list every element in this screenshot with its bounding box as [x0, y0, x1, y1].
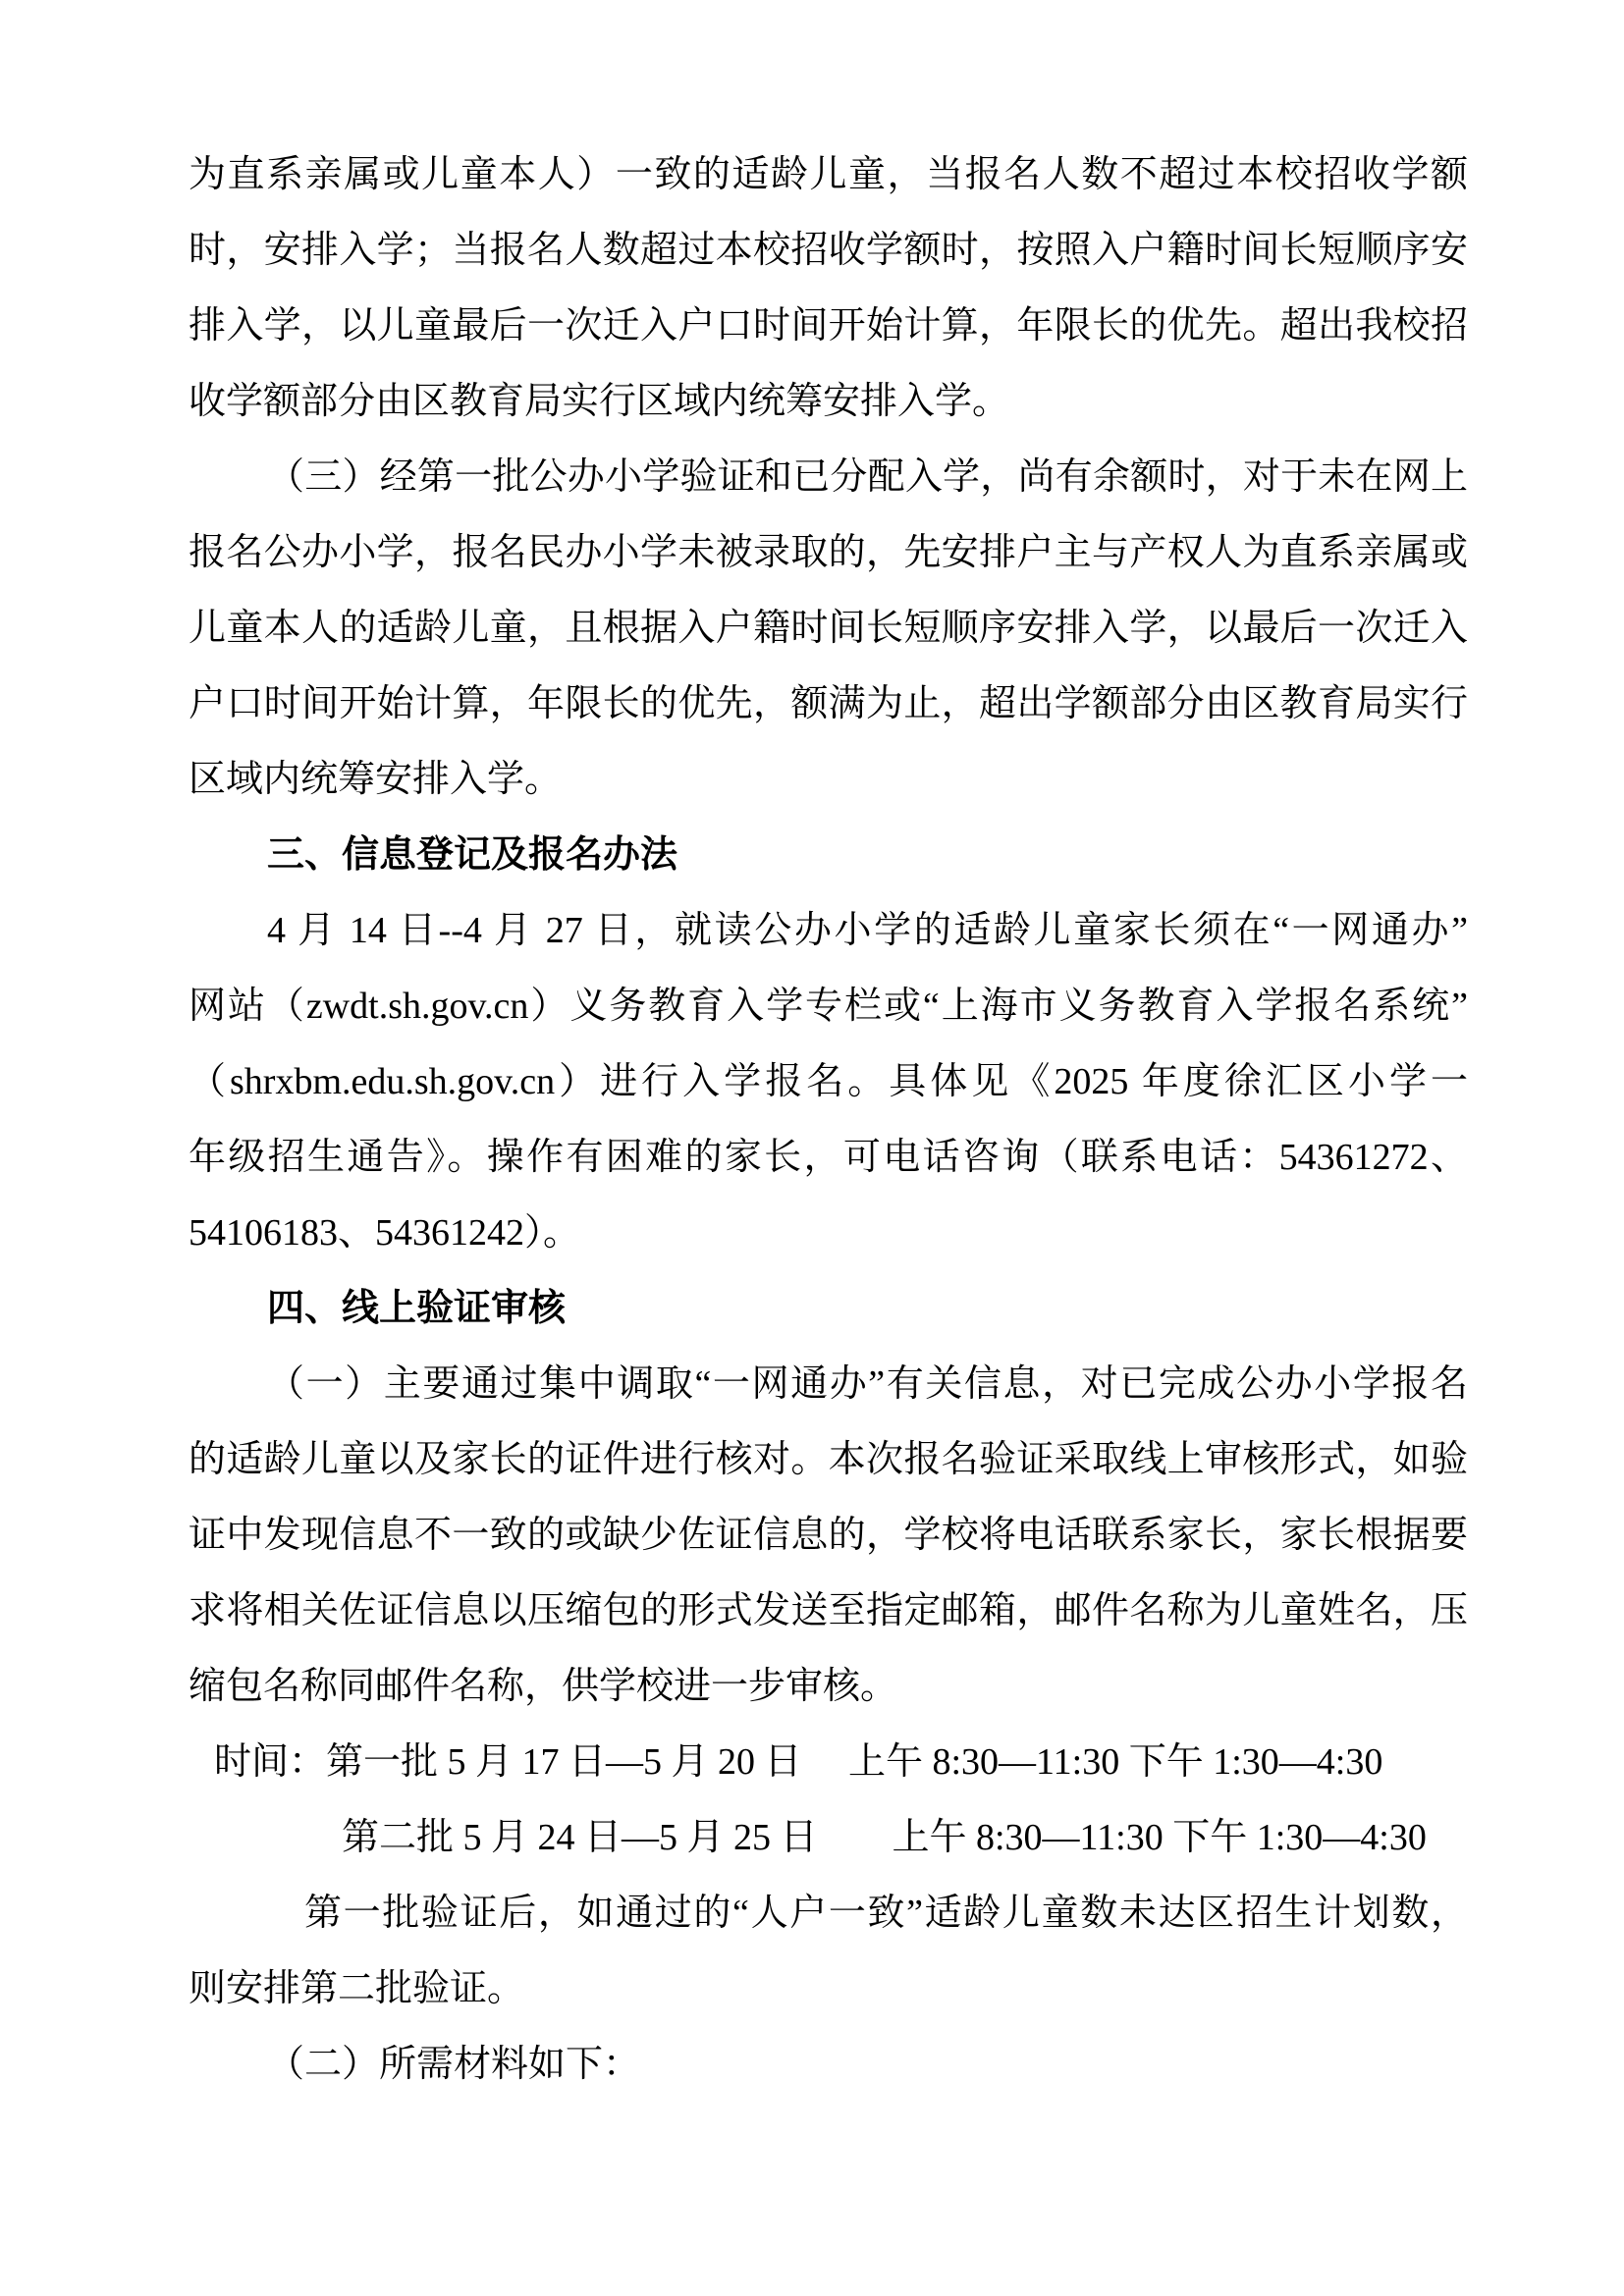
text-line: 三、信息登记及报名办法	[189, 818, 1468, 893]
text-line: 四、线上验证审核	[189, 1271, 1468, 1347]
text-line: 儿童本人的适龄儿童，且根据入户籍时间长短顺序安排入学，以最后一次迁入	[189, 591, 1468, 667]
text-line: 年级招生通告》。操作有困难的家长，可电话咨询（联系电话：54361272、	[189, 1120, 1468, 1196]
text-line: 报名公办小学，报名民办小学未被录取的，先安排户主与产权人为直系亲属或	[189, 515, 1468, 591]
text-line: 收学额部分由区教育局实行区域内统筹安排入学。	[189, 364, 1468, 440]
text-line: 4 月 14 日--4 月 27 日，就读公办小学的适龄儿童家长须在“一网通办”	[189, 893, 1468, 969]
text-line: 时间：第一批 5 月 17 日—5 月 20 日 上午 8:30—11:30 下…	[189, 1725, 1468, 1800]
text-line: 网站（zwdt.sh.gov.cn）义务教育入学专栏或“上海市义务教育入学报名系…	[189, 969, 1468, 1044]
text-line: 第一批验证后，如通过的“人户一致”适龄儿童数未达区招生计划数，	[189, 1876, 1468, 1951]
text-line: 则安排第二批验证。	[189, 1951, 1468, 2027]
text-line: 为直系亲属或儿童本人）一致的适龄儿童，当报名人数不超过本校招收学额	[189, 137, 1468, 213]
text-line: 证中发现信息不一致的或缺少佐证信息的，学校将电话联系家长，家长根据要	[189, 1498, 1468, 1574]
text-line: 54106183、54361242）。	[189, 1196, 1468, 1271]
text-line: 区域内统筹安排入学。	[189, 742, 1468, 818]
document-page: 为直系亲属或儿童本人）一致的适龄儿童，当报名人数不超过本校招收学额时，安排入学；…	[0, 0, 1624, 2296]
text-line: 求将相关佐证信息以压缩包的形式发送至指定邮箱，邮件名称为儿童姓名，压	[189, 1574, 1468, 1649]
text-line: （三）经第一批公办小学验证和已分配入学，尚有余额时，对于未在网上	[189, 440, 1468, 515]
text-line: 时，安排入学；当报名人数超过本校招收学额时，按照入户籍时间长短顺序安	[189, 213, 1468, 289]
text-line: 第二批 5 月 24 日—5 月 25 日 上午 8:30—11:30 下午 1…	[189, 1800, 1468, 1876]
text-line: （二）所需材料如下：	[189, 2027, 1468, 2103]
text-line: 户口时间开始计算，年限长的优先，额满为止，超出学额部分由区教育局实行	[189, 667, 1468, 742]
document-content: 为直系亲属或儿童本人）一致的适龄儿童，当报名人数不超过本校招收学额时，安排入学；…	[189, 137, 1468, 2103]
text-line: 的适龄儿童以及家长的证件进行核对。本次报名验证采取线上审核形式，如验	[189, 1422, 1468, 1498]
text-line: 缩包名称同邮件名称，供学校进一步审核。	[189, 1649, 1468, 1725]
text-line: 排入学，以儿童最后一次迁入户口时间开始计算，年限长的优先。超出我校招	[189, 289, 1468, 364]
text-line: （一）主要通过集中调取“一网通办”有关信息，对已完成公办小学报名	[189, 1347, 1468, 1422]
text-line: （shrxbm.edu.sh.gov.cn）进行入学报名。具体见《2025 年度…	[189, 1044, 1468, 1120]
